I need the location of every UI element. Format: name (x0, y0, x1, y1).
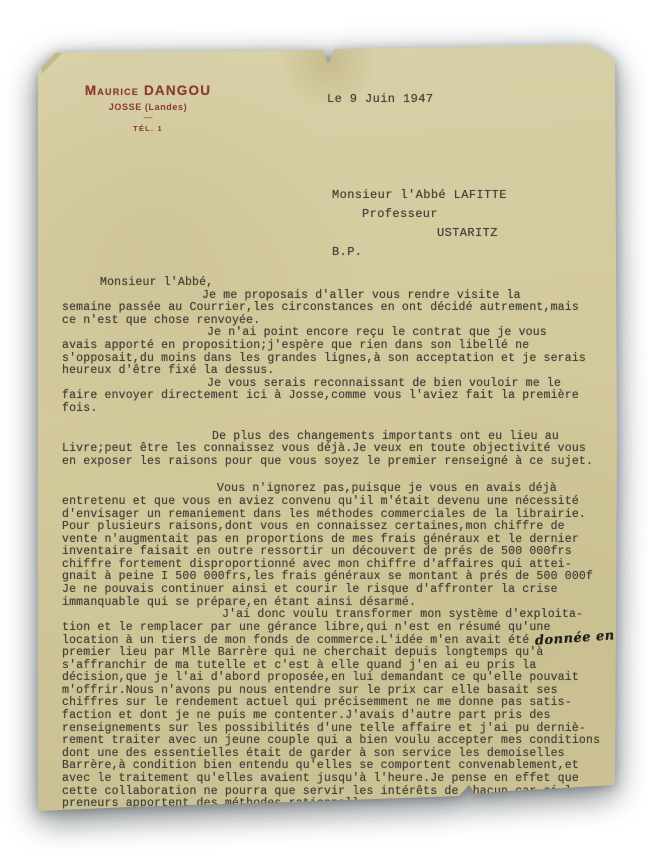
letter-line: rement traiter avec un jeune couple qui … (62, 735, 618, 748)
letter-line: tion et le remplacer par une gérance lib… (62, 622, 618, 635)
letter-line: faire envoyer directement ici à Josse,co… (62, 390, 618, 403)
date-line: Le 9 Juin 1947 (327, 92, 433, 106)
letter-line: entretenu et que vous en aviez convenu q… (62, 496, 618, 509)
letter-line: premier lieu par Mlle Barrère qui ne che… (62, 647, 618, 660)
recipient-city: USTARITZ (332, 224, 507, 243)
letterhead-rule: — (48, 113, 248, 121)
letterhead-tel: TÉL. 1 (48, 124, 248, 133)
handwritten-annotation: donnée en (535, 631, 616, 649)
letter-line: fois. (62, 403, 618, 416)
letter-line: semaine passée au Courrier,les circonsta… (62, 302, 618, 315)
letter-line: heureux d'être fixé la dessus. (62, 365, 618, 378)
letter-paper: Maurice DANGOU JOSSE (Landes) — TÉL. 1 L… (38, 45, 618, 815)
center-crease (326, 45, 329, 65)
letterhead-place: JOSSE (Landes) (48, 102, 248, 112)
letter-line: en exposer les raisons pour que vous soy… (62, 456, 618, 469)
recipient-title: Professeur (332, 205, 507, 224)
letter-line: Livre;peut être les connaissez vous déjà… (62, 443, 618, 456)
letter-line: preneurs apportent des méthodes rationne… (62, 798, 618, 811)
letter-line: faction et dont je ne puis me contenter.… (62, 710, 618, 723)
recipient-name: Monsieur l'Abbé LAFITTE (332, 186, 507, 205)
letter-line: Pour plusieurs raisons,dont vous en conn… (62, 521, 618, 534)
letter-line: Je ne pouvais continuer ainsi et courir … (62, 584, 618, 597)
letter-line: J'ai donc voulu transformer mon système … (62, 609, 618, 622)
letter-line: décision,que je l'ai d'abord proposée,en… (62, 672, 618, 685)
letter-line: avec le traitement qu'elles avaient jusq… (62, 773, 618, 786)
recipient-block: Monsieur l'Abbé LAFITTE Professeur USTAR… (332, 186, 507, 262)
corner-fold (40, 53, 62, 74)
letter-line (62, 416, 618, 431)
letterhead-name: Maurice DANGOU (48, 83, 248, 98)
letter-line: inventaire faisait en outre ressortir un… (62, 546, 618, 559)
recipient-box: B.P. (332, 243, 507, 262)
letter-line: Monsieur l'Abbé, (62, 277, 618, 290)
paper-sheet: Maurice DANGOU JOSSE (Landes) — TÉL. 1 L… (38, 45, 618, 815)
letter-line: avais apporté en proposition;j'espère qu… (62, 340, 618, 353)
letter-body: Monsieur l'Abbé,Je me proposais d'aller … (62, 277, 618, 811)
photo-backdrop: Maurice DANGOU JOSSE (Landes) — TÉL. 1 L… (0, 0, 648, 864)
letterhead: Maurice DANGOU JOSSE (Landes) — TÉL. 1 (48, 83, 248, 133)
letter-line (62, 468, 618, 483)
